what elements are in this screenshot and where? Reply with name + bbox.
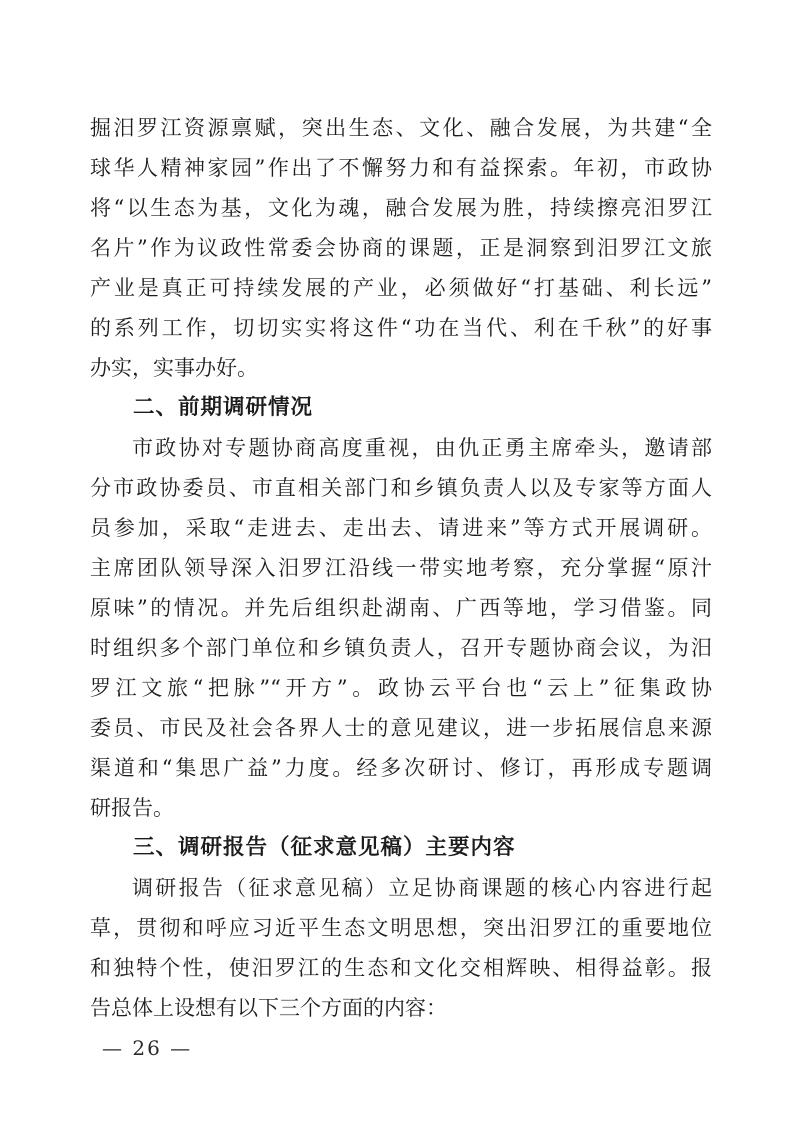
body-line: 渠道和“集思广益”力度。经多次研讨、修订，再形成专题调 <box>90 748 712 788</box>
body-line: 委员、市民及社会各界人士的意见建议，进一步拓展信息来源 <box>90 708 712 748</box>
body-line: 研报告。 <box>90 788 712 828</box>
body-line: 草，贯彻和呼应习近平生态文明思想，突出汨罗江的重要地位 <box>90 908 712 948</box>
paragraph-research: 市政协对专题协商高度重视，由仇正勇主席牵头，邀请部 分市政协委员、市直相关部门和… <box>90 428 712 828</box>
body-line: 告总体上设想有以下三个方面的内容： <box>90 988 712 1028</box>
body-line: 时组织多个部门单位和乡镇负责人，召开专题协商会议，为汨 <box>90 628 712 668</box>
body-line: 掘汨罗江资源禀赋，突出生态、文化、融合发展，为共建“全 <box>90 108 712 148</box>
body-line: 名片”作为议政性常委会协商的课题，正是洞察到汨罗江文旅 <box>90 228 712 268</box>
body-line: 分市政协委员、市直相关部门和乡镇负责人以及专家等方面人 <box>90 468 712 508</box>
body-line: 原味”的情况。并先后组织赴湖南、广西等地，学习借鉴。同 <box>90 588 712 628</box>
section-heading-2: 二、前期调研情况 <box>90 388 712 428</box>
document-page: 掘汨罗江资源禀赋，突出生态、文化、融合发展，为共建“全 球华人精神家园”作出了不… <box>0 0 793 1122</box>
body-line: 调研报告（征求意见稿）立足协商课题的核心内容进行起 <box>90 868 712 908</box>
body-line: 的系列工作，切切实实将这件“功在当代、利在千秋”的好事 <box>90 308 712 348</box>
body-line: 员参加，采取“走进去、走出去、请进来”等方式开展调研。 <box>90 508 712 548</box>
paragraph-continued: 掘汨罗江资源禀赋，突出生态、文化、融合发展，为共建“全 球华人精神家园”作出了不… <box>90 108 712 388</box>
body-line: 办实，实事办好。 <box>90 348 712 388</box>
document-body: 掘汨罗江资源禀赋，突出生态、文化、融合发展，为共建“全 球华人精神家园”作出了不… <box>90 108 712 1028</box>
section-heading-3: 三、调研报告（征求意见稿）主要内容 <box>90 828 712 868</box>
body-line: 产业是真正可持续发展的产业，必须做好“打基础、利长远” <box>90 268 712 308</box>
body-line: 主席团队领导深入汨罗江沿线一带实地考察，充分掌握“原汁 <box>90 548 712 588</box>
page-footer: — 26 — <box>102 1033 192 1063</box>
body-line: 将“以生态为基，文化为魂，融合发展为胜，持续擦亮汨罗江 <box>90 188 712 228</box>
page-number: — 26 — <box>102 1036 192 1060</box>
body-line: 球华人精神家园”作出了不懈努力和有益探索。年初，市政协 <box>90 148 712 188</box>
paragraph-report-content: 调研报告（征求意见稿）立足协商课题的核心内容进行起 草，贯彻和呼应习近平生态文明… <box>90 868 712 1028</box>
body-line: 市政协对专题协商高度重视，由仇正勇主席牵头，邀请部 <box>90 428 712 468</box>
body-line: 罗江文旅“把脉”“开方”。政协云平台也“云上”征集政协 <box>90 668 712 708</box>
body-line: 和独特个性，使汨罗江的生态和文化交相辉映、相得益彰。报 <box>90 948 712 988</box>
